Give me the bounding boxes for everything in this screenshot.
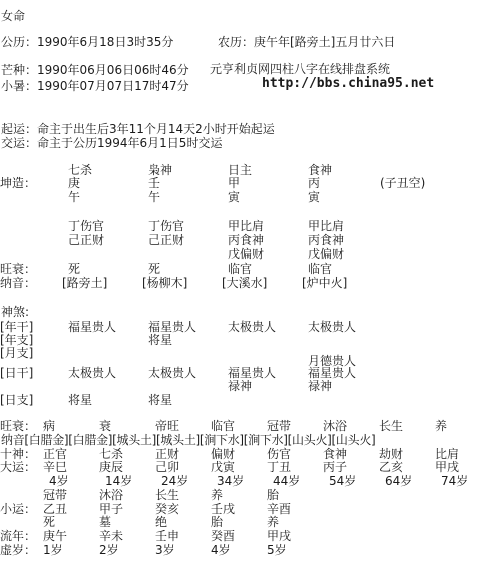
stem-hour: 丙 bbox=[308, 176, 388, 190]
solar-date: 公历：1990年6月18日3时35分 bbox=[1, 35, 173, 49]
hidden-stem-cell: 戊偏财 bbox=[308, 247, 388, 261]
shensha-cell: 禄神 bbox=[228, 379, 308, 393]
dayun-ganzhi-cell: 己卯 bbox=[155, 460, 211, 474]
hidden-stem-cell: 己正财 bbox=[148, 233, 228, 247]
shensha-cell bbox=[308, 393, 388, 407]
wangshuai-cell: 临官 bbox=[228, 262, 308, 276]
qiyun-line: 起运：命主于出生后3年11个月14天2小时开始起运 bbox=[1, 122, 275, 136]
site-url-link[interactable]: http://bbs.china95.net bbox=[262, 77, 434, 91]
dayun-wangshuai-cell: 长生 bbox=[379, 419, 435, 433]
xusui-row: 虚岁： 1岁 2岁 3岁 4岁 5岁 bbox=[0, 543, 323, 557]
row-spacer bbox=[0, 163, 68, 177]
dayun-shishen-cell: 比肩 bbox=[435, 447, 491, 461]
xiaoyun-wangshuai-cell: 长生 bbox=[155, 488, 211, 502]
shensha-cell bbox=[228, 333, 308, 347]
hidden-stem-cell bbox=[148, 247, 228, 261]
xiaoyun-wangshuai-cell: 沐浴 bbox=[99, 488, 155, 502]
pillar-wangshuai-row: 旺衰： 死 死 临官 临官 bbox=[0, 262, 388, 276]
branch-year: 午 bbox=[68, 190, 148, 204]
xiaoyun-label: 小运： bbox=[0, 502, 43, 516]
row-spacer bbox=[0, 247, 68, 261]
liunian-ganzhi-row: 流年： 庚午 辛未 壬申 癸酉 甲戌 bbox=[0, 529, 323, 543]
site-name: 元亨利贞网四柱八字在线排盘系统 bbox=[210, 62, 390, 76]
dayun-age-row: 4岁 14岁 24岁 34岁 44岁 54岁 64岁 74岁 bbox=[0, 474, 491, 488]
ten-god-day: 日主 bbox=[228, 163, 308, 177]
dayun-shishen-cell: 食神 bbox=[323, 447, 379, 461]
jiaoyun-line: 交运：命主于公历1994年6月1日5时交运 bbox=[1, 136, 222, 150]
xusui-cell: 5岁 bbox=[267, 543, 323, 557]
stem-year: 庚 bbox=[68, 176, 148, 190]
kun-zao-label: 坤造： bbox=[0, 176, 68, 190]
dayun-nayin-cell: [城头土] bbox=[156, 433, 200, 447]
liunian-wangshuai-cell: 死 bbox=[43, 515, 99, 529]
shensha-row-label: [年支] bbox=[0, 333, 68, 347]
shensha-cell: 福星贵人 bbox=[228, 366, 308, 380]
wangshuai-cell: 死 bbox=[148, 262, 228, 276]
dayun-shishen-label: 十神： bbox=[0, 447, 43, 461]
nayin-cell: [大溪水] bbox=[222, 276, 302, 290]
dayun-nayin-label: 纳音 bbox=[1, 433, 24, 447]
dayun-wangshuai-cell: 冠带 bbox=[267, 419, 323, 433]
hidden-stem-cell: 丙食神 bbox=[228, 233, 308, 247]
wangshuai-label: 旺衰： bbox=[0, 262, 68, 276]
liunian-wangshuai-cell: 绝 bbox=[155, 515, 211, 529]
liunian-ganzhi-cell: 庚午 bbox=[43, 529, 99, 543]
shensha-cell: 福星贵人 bbox=[68, 320, 148, 334]
shensha-cell bbox=[68, 333, 148, 347]
liunian-ganzhi-cell: 癸酉 bbox=[211, 529, 267, 543]
liunian-wangshuai-cell: 墓 bbox=[99, 515, 155, 529]
dayun-wangshuai-cell: 沐浴 bbox=[323, 419, 379, 433]
shensha-cell bbox=[308, 333, 388, 347]
liunian-ganzhi-cell: 壬申 bbox=[155, 529, 211, 543]
bazi-chart-page: 女命 公历：1990年6月18日3时35分 农历：庚午年[路旁土]五月廿六日 芒… bbox=[0, 0, 500, 583]
shensha-cell bbox=[148, 379, 228, 393]
branch-hour: 寅 bbox=[308, 190, 388, 204]
shensha-cell: 太极贵人 bbox=[228, 320, 308, 334]
dayun-shishen-cell: 伤官 bbox=[267, 447, 323, 461]
shensha-cell: 将星 bbox=[148, 333, 228, 347]
xiaoyun-ganzhi-cell: 壬戌 bbox=[211, 502, 267, 516]
shensha-row-yearzhi: [年支] 将星 bbox=[0, 333, 388, 347]
pillar-nayin-row: 纳音： [路旁土] [杨柳木] [大溪水] [炉中火] bbox=[0, 276, 382, 290]
shensha-cell bbox=[68, 379, 148, 393]
xusui-cell: 3岁 bbox=[155, 543, 211, 557]
hidden-stem-cell: 甲比肩 bbox=[308, 219, 388, 233]
dayun-age-cell: 4岁 bbox=[43, 474, 99, 488]
row-spacer bbox=[0, 488, 43, 502]
nayin-label: 纳音： bbox=[0, 276, 68, 290]
shensha-row-label: [年干] bbox=[0, 320, 68, 334]
dayun-age-cell: 74岁 bbox=[435, 474, 491, 488]
xiaoyun-wangshuai-cell: 冠带 bbox=[43, 488, 99, 502]
shensha-row-label bbox=[0, 379, 68, 393]
solar-term-xiaoshu: 小暑：1990年07月07日17时47分 bbox=[1, 79, 189, 93]
dayun-label: 大运： bbox=[0, 460, 43, 474]
dayun-age-cell: 34岁 bbox=[211, 474, 267, 488]
dayun-shishen-cell: 正官 bbox=[43, 447, 99, 461]
dayun-ganzhi-cell: 甲戌 bbox=[435, 460, 491, 474]
xusui-cell: 4岁 bbox=[211, 543, 267, 557]
branch-day: 寅 bbox=[228, 190, 308, 204]
stem-day: 甲 bbox=[228, 176, 308, 190]
xiaoyun-ganzhi-cell: 甲子 bbox=[99, 502, 155, 516]
shensha-cell bbox=[228, 393, 308, 407]
dayun-nayin-cell: [涧下水] bbox=[244, 433, 288, 447]
hidden-stem-cell bbox=[68, 247, 148, 261]
wangshuai-cell: 临官 bbox=[308, 262, 388, 276]
row-spacer bbox=[0, 219, 68, 233]
shensha-cell: 将星 bbox=[68, 393, 148, 407]
liunian-wangshuai-cell: 养 bbox=[267, 515, 323, 529]
dayun-ganzhi-cell: 丁丑 bbox=[267, 460, 323, 474]
liunian-ganzhi-cell: 甲戌 bbox=[267, 529, 323, 543]
dayun-wangshuai-cell: 临官 bbox=[211, 419, 267, 433]
dayun-ganzhi-cell: 丙子 bbox=[323, 460, 379, 474]
dayun-age-cell: 54岁 bbox=[323, 474, 379, 488]
dayun-age-cell: 24岁 bbox=[155, 474, 211, 488]
dayun-ganzhi-cell: 辛巳 bbox=[43, 460, 99, 474]
hidden-stem-cell: 甲比肩 bbox=[228, 219, 308, 233]
shensha-cell: 福星贵人 bbox=[148, 320, 228, 334]
dayun-ganzhi-cell: 乙亥 bbox=[379, 460, 435, 474]
row-spacer bbox=[0, 515, 43, 529]
xiaoyun-ganzhi-row: 小运： 乙丑 甲子 癸亥 壬戌 辛酉 bbox=[0, 502, 323, 516]
dayun-age-cell: 64岁 bbox=[379, 474, 435, 488]
xiaoyun-ganzhi-cell: 乙丑 bbox=[43, 502, 99, 516]
void-note: (子丑空) bbox=[380, 176, 425, 190]
wangshuai-cell: 死 bbox=[68, 262, 148, 276]
ten-god-year: 七杀 bbox=[68, 163, 148, 177]
dayun-ganzhi-cell: 戊寅 bbox=[211, 460, 267, 474]
hidden-stem-cell: 己正财 bbox=[68, 233, 148, 247]
dayun-nayin-cell: [涧下水] bbox=[200, 433, 244, 447]
dayun-wangshuai-row: 旺衰： 病 衰 帝旺 临官 冠带 沐浴 长生 养 bbox=[0, 419, 491, 433]
dayun-nayin-cell: [白腊金] bbox=[68, 433, 112, 447]
dayun-age-cell: 44岁 bbox=[267, 474, 323, 488]
dayun-ganzhi-cell: 庚辰 bbox=[99, 460, 155, 474]
xusui-cell: 2岁 bbox=[99, 543, 155, 557]
shensha-cell: 太极贵人 bbox=[148, 366, 228, 380]
dayun-shishen-cell: 偏财 bbox=[211, 447, 267, 461]
branches-row: 午 午 寅 寅 bbox=[0, 190, 388, 204]
shensha-cell: 禄神 bbox=[308, 379, 388, 393]
hidden-stem-cell: 戊偏财 bbox=[228, 247, 308, 261]
dayun-shishen-row: 十神： 正官 七杀 正财 偏财 伤官 食神 劫财 比肩 bbox=[0, 447, 491, 461]
shensha-cell: 将星 bbox=[148, 393, 228, 407]
dayun-shishen-cell: 劫财 bbox=[379, 447, 435, 461]
hidden-stem-cell: 丁伤官 bbox=[148, 219, 228, 233]
xiaoyun-wangshuai-cell: 养 bbox=[211, 488, 267, 502]
xusui-label: 虚岁： bbox=[0, 543, 43, 557]
xiaoyun-wangshuai-row: 冠带 沐浴 长生 养 胎 bbox=[0, 488, 323, 502]
shensha-row-label: [日支] bbox=[0, 393, 68, 407]
ten-gods-row: 七杀 枭神 日主 食神 bbox=[0, 163, 388, 177]
dayun-wangshuai-cell: 病 bbox=[43, 419, 99, 433]
hidden-stem-cell: 丙食神 bbox=[308, 233, 388, 247]
dayun-wangshuai-cell: 衰 bbox=[99, 419, 155, 433]
row-spacer bbox=[0, 190, 68, 204]
hidden-stems-row-2: 己正财 己正财 丙食神 丙食神 bbox=[0, 233, 388, 247]
hidden-stems-row-1: 丁伤官 丁伤官 甲比肩 甲比肩 bbox=[0, 219, 388, 233]
dayun-nayin-cell: [山头火] bbox=[288, 433, 332, 447]
ten-god-month: 枭神 bbox=[148, 163, 228, 177]
row-spacer bbox=[0, 474, 43, 488]
hidden-stems-row-3: 戊偏财 戊偏财 bbox=[0, 247, 388, 261]
shensha-cell: 太极贵人 bbox=[68, 366, 148, 380]
dayun-age-cell: 14岁 bbox=[99, 474, 155, 488]
liunian-wangshuai-row: 死 墓 绝 胎 养 bbox=[0, 515, 323, 529]
shensha-row-dayzhi: [日支] 将星 将星 bbox=[0, 393, 388, 407]
branch-month: 午 bbox=[148, 190, 228, 204]
gender-label: 女命 bbox=[1, 9, 25, 23]
shensha-cell: 福星贵人 bbox=[308, 366, 388, 380]
shensha-row-label: [日干] bbox=[0, 366, 68, 380]
dayun-shishen-cell: 七杀 bbox=[99, 447, 155, 461]
dayun-nayin-row: 纳音[白腊金][白腊金][城头土][城头土][涧下水][涧下水][山头火][山头… bbox=[1, 433, 375, 447]
row-spacer bbox=[0, 233, 68, 247]
xusui-cell: 1岁 bbox=[43, 543, 99, 557]
shensha-row-lushen: 禄神 禄神 bbox=[0, 379, 388, 393]
nayin-cell: [杨柳木] bbox=[142, 276, 222, 290]
shensha-title: 神煞: bbox=[1, 305, 29, 319]
liunian-ganzhi-cell: 辛未 bbox=[99, 529, 155, 543]
dayun-nayin-cell: [白腊金] bbox=[24, 433, 68, 447]
shensha-row-yeargan: [年干] 福星贵人 福星贵人 太极贵人 太极贵人 bbox=[0, 320, 388, 334]
liunian-wangshuai-cell: 胎 bbox=[211, 515, 267, 529]
nayin-cell: [炉中火] bbox=[302, 276, 382, 290]
lunar-date: 农历：庚午年[路旁土]五月廿六日 bbox=[218, 35, 395, 49]
ten-god-hour: 食神 bbox=[308, 163, 388, 177]
dayun-wangshuai-cell: 养 bbox=[435, 419, 491, 433]
stems-row: 坤造： 庚 壬 甲 丙 (子丑空) bbox=[0, 176, 425, 190]
dayun-wangshuai-label: 旺衰： bbox=[0, 419, 43, 433]
hidden-stem-cell: 丁伤官 bbox=[68, 219, 148, 233]
shensha-cell: 太极贵人 bbox=[308, 320, 388, 334]
dayun-wangshuai-cell: 帝旺 bbox=[155, 419, 211, 433]
dayun-nayin-cell: [山头火] bbox=[332, 433, 376, 447]
stem-month: 壬 bbox=[148, 176, 228, 190]
dayun-shishen-cell: 正财 bbox=[155, 447, 211, 461]
xiaoyun-ganzhi-cell: 辛酉 bbox=[267, 502, 323, 516]
xiaoyun-wangshuai-cell: 胎 bbox=[267, 488, 323, 502]
solar-term-mangzhong: 芒种：1990年06月06日06时46分 bbox=[1, 63, 189, 77]
liunian-label: 流年： bbox=[0, 529, 43, 543]
dayun-ganzhi-row: 大运： 辛巳 庚辰 己卯 戊寅 丁丑 丙子 乙亥 甲戌 bbox=[0, 460, 491, 474]
dayun-nayin-cell: [城头土] bbox=[112, 433, 156, 447]
shensha-row-daygan: [日干] 太极贵人 太极贵人 福星贵人 福星贵人 bbox=[0, 366, 388, 380]
nayin-cell: [路旁土] bbox=[62, 276, 142, 290]
xiaoyun-ganzhi-cell: 癸亥 bbox=[155, 502, 211, 516]
